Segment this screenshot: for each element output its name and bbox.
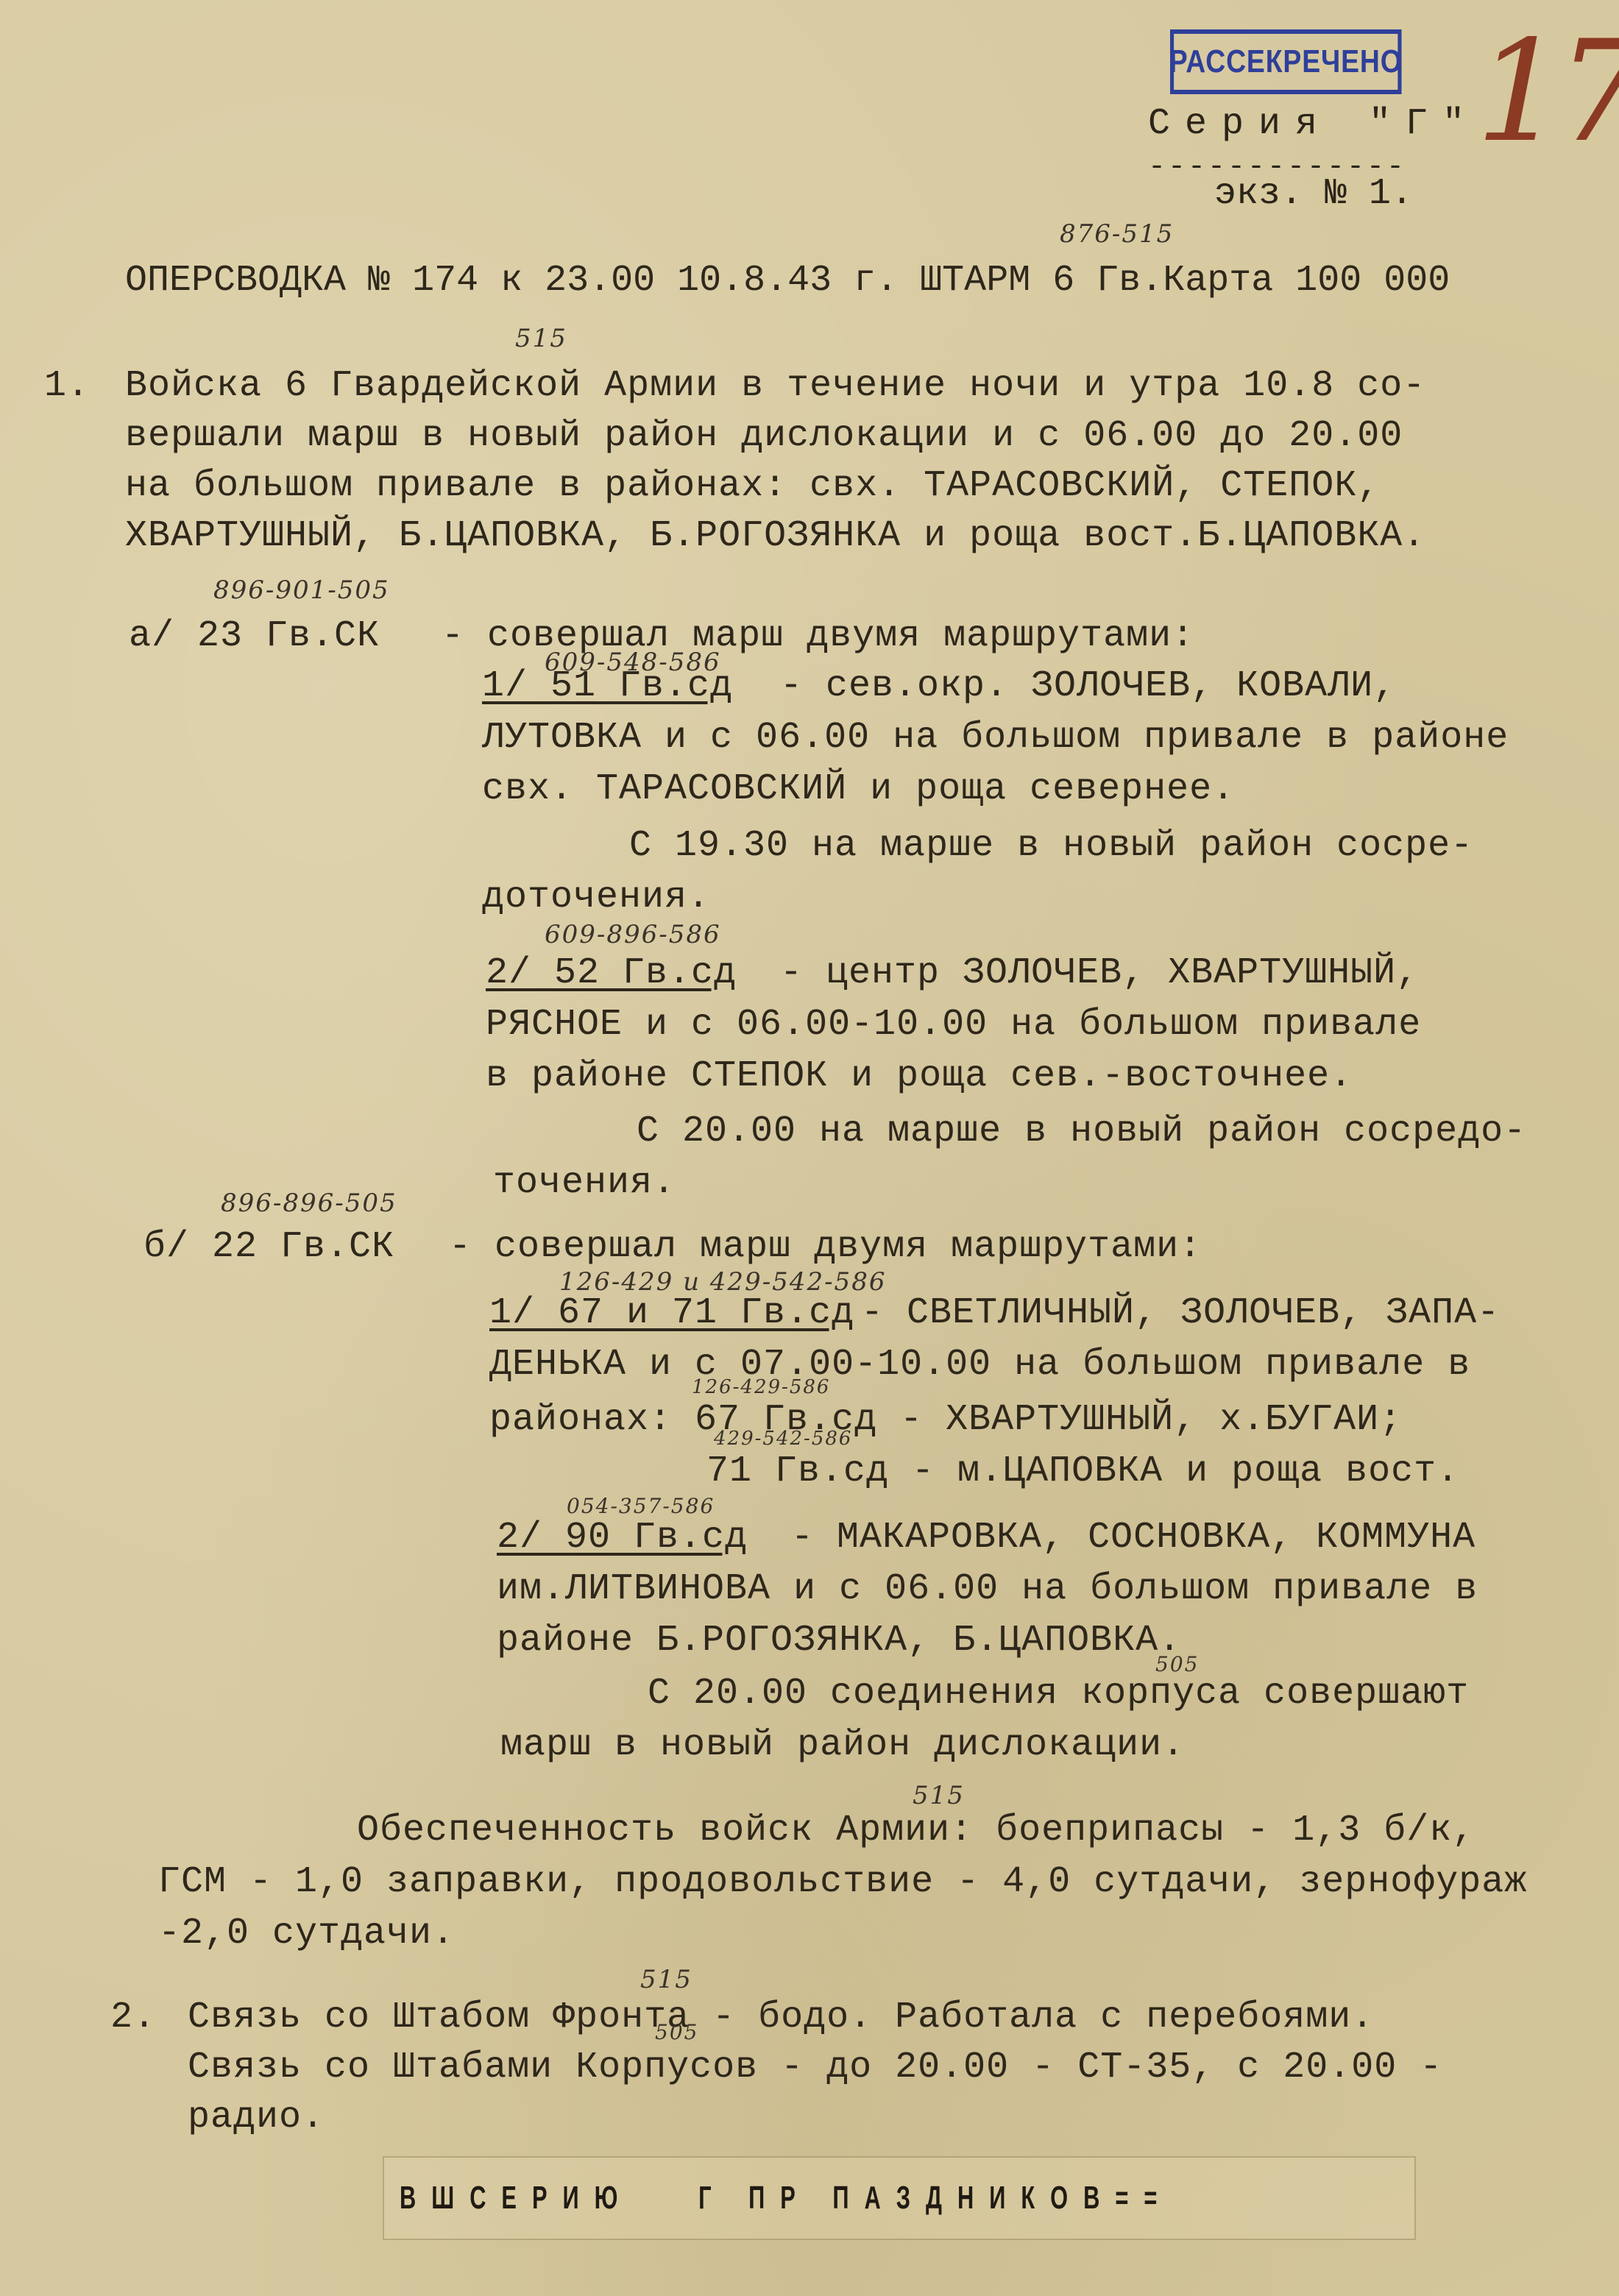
route-b2-line-2: им.ЛИТВИНОВА и с 06.00 на большом привал… xyxy=(497,1567,1478,1612)
section2-annotation-corps: 505 xyxy=(655,2020,698,2044)
route-b2-annotation: 054-357-586 xyxy=(567,1494,715,1518)
section1-line-1: Войска 6 Гвардейской Армии в течение ноч… xyxy=(125,364,1425,408)
route-a2-line-5: точения. xyxy=(493,1161,676,1205)
route-b1-annotation-71: 429-542-586 xyxy=(714,1428,852,1450)
section1-number: 1. xyxy=(44,364,90,408)
route-a2-label: 2/ 52 Гв.сд xyxy=(486,952,737,996)
section2-number: 2. xyxy=(110,1996,156,2040)
route-a1-line-4: С 19.30 на марше в новый район сосре- xyxy=(629,824,1473,868)
supply-annotation: 515 xyxy=(913,1781,965,1810)
route-a2-line-1: - центр ЗОЛОЧЕВ, ХВАРТУШНЫЙ, xyxy=(780,952,1419,996)
supply-line-1: Обеспеченность войск Армии: боеприпасы -… xyxy=(357,1809,1475,1853)
section1-annotation: 515 xyxy=(515,324,567,353)
route-a1-line-1: - сев.окр. ЗОЛОЧЕВ, КОВАЛИ, xyxy=(780,665,1396,709)
sub-a-annotation: 896-901-505 xyxy=(213,575,390,605)
supply-line-2: ГСМ - 1,0 заправки, продовольствие - 4,0… xyxy=(158,1860,1527,1905)
copy-number: экз. № 1. xyxy=(1214,173,1413,215)
route-a2-annotation: 609-896-586 xyxy=(545,920,721,949)
route-a1-line-3: свх. ТАРАСОВСКИЙ и роща севернее. xyxy=(482,768,1235,812)
sub-a-label: а/ 23 Гв.СК xyxy=(129,614,380,659)
route-b2-line-1: - МАКАРОВКА, СОСНОВКА, КОММУНА xyxy=(791,1516,1475,1560)
sub-b-label: б/ 22 Гв.СК xyxy=(144,1225,394,1269)
route-b1-line-1: - СВЕТЛИЧНЫЙ, ЗОЛОЧЕВ, ЗАПА- xyxy=(861,1291,1500,1336)
sub-b-text: - совершал марш двумя маршрутами: xyxy=(449,1225,1202,1269)
route-b1-label: 1/ 67 и 71 Гв.сд xyxy=(489,1291,854,1336)
section1-line-2: вершали марш в новый район дислокации и … xyxy=(125,414,1403,458)
supply-line-3: -2,0 сутдачи. xyxy=(158,1912,455,1956)
route-a1-line-2: ЛУТОВКА и с 06.00 на большом привале в р… xyxy=(482,716,1509,760)
route-a1-label: 1/ 51 Гв.сд xyxy=(482,665,733,709)
sub-b-closing-1: С 20.00 соединения корпуса совершают xyxy=(648,1672,1469,1716)
telegraph-tape-strip: ВШСЕРИЮ Г ПР ПАЗДНИКОВ== xyxy=(383,2156,1416,2240)
section2-line-1: Связь со Штабом Фронта - бодо. Работала … xyxy=(188,1996,1374,2040)
page-number-handwritten: 17 xyxy=(1475,22,1619,162)
declassified-stamp: РАССЕКРЕЧЕНО xyxy=(1170,29,1402,94)
route-a2-line-3: в районе СТЕПОК и роща сев.-восточнее. xyxy=(486,1055,1353,1099)
stamp-label: РАССЕКРЕЧЕНО xyxy=(1169,43,1403,80)
section1-line-4: ХВАРТУШНЫЙ, Б.ЦАПОВКА, Б.РОГОЗЯНКА и рощ… xyxy=(125,514,1425,559)
telegraph-text: ВШСЕРИЮ Г ПР ПАЗДНИКОВ== xyxy=(384,2180,1172,2217)
series-label: Серия "Г" xyxy=(1148,103,1479,145)
document-title: ОПЕРСВОДКА № 174 к 23.00 10.8.43 г. ШТАР… xyxy=(125,259,1450,303)
route-b1-annotation-67: 126-429-586 xyxy=(692,1376,830,1398)
route-b1-line-4: 71 Гв.сд - м.ЦАПОВКА и роща вост. xyxy=(706,1450,1459,1494)
section2-line-3: радио. xyxy=(188,2096,325,2140)
archival-document-page: РАССЕКРЕЧЕНО 17 Серия "Г" ------------- … xyxy=(0,0,1619,2296)
sub-b-annotation: 896-896-505 xyxy=(221,1188,397,1218)
route-a1-line-5: доточения. xyxy=(482,876,710,920)
route-b1-line-2: ДЕНЬКА и с 07.00-10.00 на большом привал… xyxy=(489,1343,1470,1387)
section2-annotation-front: 515 xyxy=(640,1965,692,1994)
route-b1-line-3: районах: 67 Гв.сд - ХВАРТУШНЫЙ, х.БУГАИ; xyxy=(489,1398,1402,1442)
title-annotation: 876-515 xyxy=(1060,219,1174,249)
route-b2-line-3: районе Б.РОГОЗЯНКА, Б.ЦАПОВКА. xyxy=(497,1619,1181,1663)
sub-b-closing-2: марш в новый район дислокации. xyxy=(500,1723,1185,1768)
section1-line-3: на большом привале в районах: свх. ТАРАС… xyxy=(125,464,1380,509)
route-b2-label: 2/ 90 Гв.сд xyxy=(497,1516,748,1560)
route-a2-line-4: С 20.00 на марше в новый район сосредо- xyxy=(637,1110,1526,1154)
route-a2-line-2: РЯСНОЕ и с 06.00-10.00 на большом привал… xyxy=(486,1003,1421,1047)
section2-line-2: Связь со Штабами Корпусов - до 20.00 - С… xyxy=(188,2046,1442,2090)
